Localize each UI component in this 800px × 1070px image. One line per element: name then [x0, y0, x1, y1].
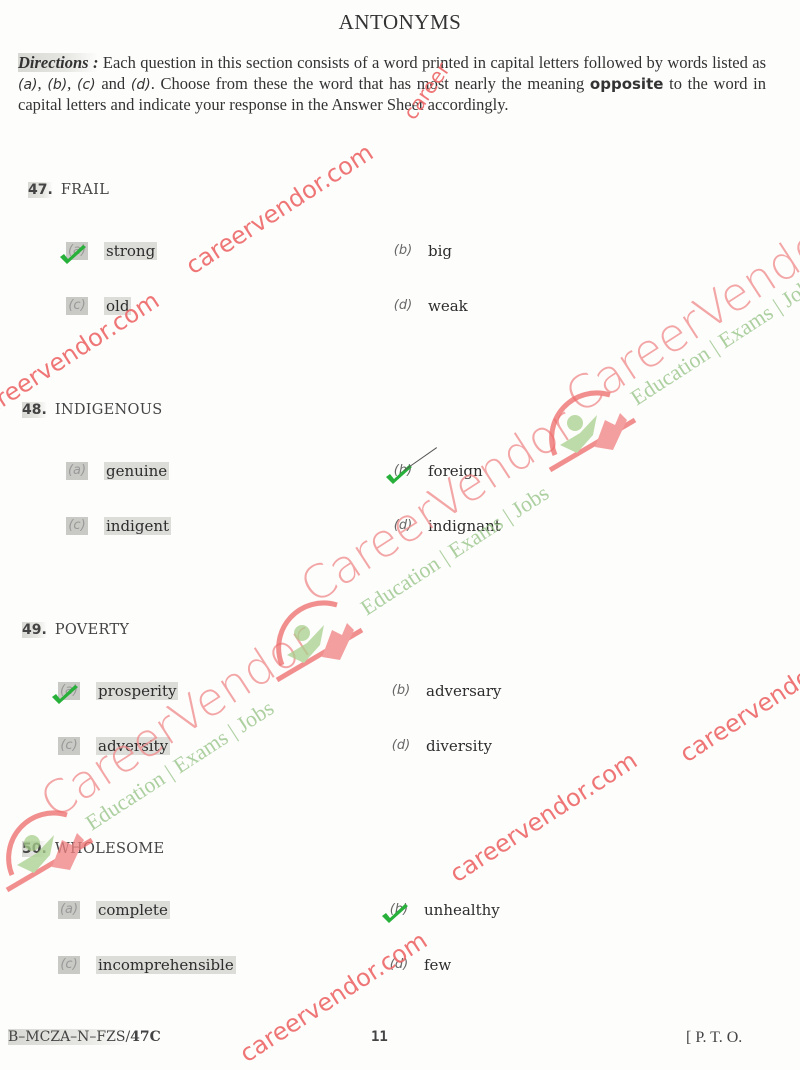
question-word: FRAIL	[61, 182, 109, 198]
option-text: unhealthy	[424, 901, 500, 919]
directions-option-d: (d)	[131, 77, 151, 93]
option-text: complete	[96, 901, 170, 919]
check-mark-icon	[384, 464, 414, 486]
directions-option-b: (b)	[47, 77, 67, 93]
directions-and: and	[96, 74, 131, 93]
question-number: 49.	[22, 622, 47, 638]
option-b[interactable]: (b)adversary	[390, 682, 501, 700]
question-word: POVERTY	[55, 622, 129, 638]
option-text: few	[424, 956, 451, 974]
option-label: (a)	[58, 901, 80, 919]
check-mark-icon	[58, 244, 88, 266]
watermark-domain: careervendor.com	[445, 746, 642, 888]
directions-option-c: (c)	[77, 77, 96, 93]
option-a[interactable]: (a)complete	[58, 901, 170, 919]
option-text: diversity	[426, 737, 492, 755]
page-number: 11	[371, 1029, 388, 1045]
option-label: (c)	[58, 956, 80, 974]
careervendor-logo-icon	[0, 795, 102, 895]
option-text: genuine	[104, 462, 169, 480]
option-c[interactable]: (c)indigent	[66, 517, 171, 535]
option-c[interactable]: (c)incomprehensible	[58, 956, 236, 974]
option-b[interactable]: (b)big	[392, 242, 452, 260]
option-a[interactable]: (a)strong	[66, 242, 157, 260]
option-d[interactable]: (d)weak	[392, 297, 468, 315]
watermark-domain: careervendor.com	[675, 626, 800, 768]
question-47-stem: 47.FRAIL	[28, 182, 109, 198]
option-text: big	[428, 242, 452, 260]
option-label: (c)	[66, 517, 88, 535]
comma: ,	[38, 74, 48, 93]
question-48-stem: 48.INDIGENOUS	[22, 402, 162, 418]
paper-code-prefix: B–MCZA–N–FZS/	[8, 1029, 130, 1045]
check-mark-icon	[50, 684, 80, 706]
option-label: (b)	[390, 682, 412, 700]
section-title: ANTONYMS	[0, 10, 800, 35]
option-d[interactable]: (d)diversity	[390, 737, 492, 755]
careervendor-logo-icon	[262, 585, 372, 685]
careervendor-logo-icon	[535, 375, 645, 475]
option-label: (a)	[66, 462, 88, 480]
watermark-domain: careervendor.com	[235, 926, 432, 1068]
question-number: 48.	[22, 402, 47, 418]
directions-text-2: . Choose from these the word that has mo…	[151, 74, 590, 93]
question-number: 47.	[28, 182, 53, 198]
option-text: strong	[104, 242, 157, 260]
directions-emphasis: opposite	[590, 75, 664, 93]
question-word: INDIGENOUS	[55, 402, 163, 418]
option-a[interactable]: (a)prosperity	[58, 682, 178, 700]
option-label: (c)	[66, 297, 88, 315]
paper-code-suffix: 47C	[130, 1029, 161, 1045]
option-text: adversary	[426, 682, 501, 700]
directions-option-a: (a)	[18, 77, 38, 93]
comma: ,	[67, 74, 77, 93]
option-a[interactable]: (a)genuine	[66, 462, 169, 480]
check-mark-icon	[380, 903, 410, 925]
option-text: weak	[428, 297, 468, 315]
option-label: (d)	[392, 297, 414, 315]
paper-code: B–MCZA–N–FZS/47C	[8, 1029, 161, 1045]
directions-paragraph: Directions : Each question in this secti…	[18, 53, 766, 116]
option-b[interactable]: (b)unhealthy	[388, 901, 500, 919]
option-label: (b)	[392, 242, 414, 260]
watermark-domain: careervendor.com	[181, 138, 378, 280]
option-text: indigent	[104, 517, 171, 535]
directions-lead: Directions :	[18, 53, 98, 72]
option-label: (d)	[390, 737, 412, 755]
option-text: incomprehensible	[96, 956, 236, 974]
please-turn-over: [ P. T. O.	[686, 1029, 742, 1047]
question-49-stem: 49.POVERTY	[22, 622, 129, 638]
